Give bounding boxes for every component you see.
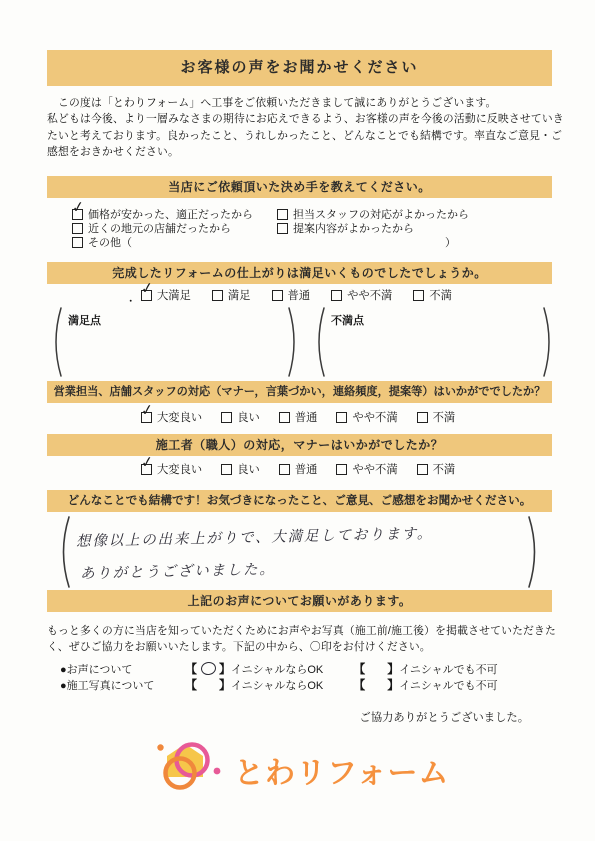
satisfaction-points-box[interactable]: 満足点 — [50, 306, 300, 378]
bracket-right-icon — [541, 306, 555, 378]
closing-thanks: ご協力ありがとうございました。 — [360, 709, 529, 725]
q3-opt-dissatisfied-label: 不満 — [433, 409, 456, 425]
bracket-close: 】 — [219, 676, 231, 693]
bracket-open: 【 — [353, 676, 365, 693]
checkbox-local[interactable] — [72, 223, 83, 234]
q3-opt-good[interactable]: 良い — [221, 409, 260, 425]
circle-mark-icon — [200, 661, 217, 676]
checkbox-price-checked[interactable]: ✓ — [72, 209, 83, 220]
q2-opt-dissatisfied[interactable]: 不満 — [413, 287, 452, 303]
photo-ok-text: イニシャルならOK — [231, 677, 323, 693]
q6-header: 上記のお声についてお願いがあります。 — [188, 594, 412, 608]
q1-header: 当店にご依頼頂いた決め手を教えてください。 — [168, 180, 431, 194]
q4-opt-good[interactable]: 良い — [221, 461, 260, 477]
bracket-left-icon — [56, 514, 72, 590]
q4-header: 施工者（職人）の対応，マナーはいかがでしたか？ — [156, 438, 444, 452]
checkbox-very-satisfied-checked[interactable]: ✓ — [141, 290, 152, 301]
checkbox-normal[interactable] — [272, 290, 283, 301]
bracket-close: 】 — [387, 676, 399, 693]
bracket-open: 【 — [353, 660, 365, 677]
photo-consent-row: ●施工写真について 【 】 イニシャルならOK 【 】 イニシャルでも不可 — [60, 676, 498, 693]
q3-header: 営業担当、店舗スタッフの対応（マナー，言葉づかい，連絡頻度，提案等）はいかがでで… — [54, 386, 546, 398]
bracket-left-icon — [313, 306, 327, 378]
q3-opt-slightly-dissatisfied-label: やや不満 — [352, 409, 397, 425]
satisfaction-points-label: 満足点 — [68, 312, 101, 328]
q2-header-banner: 完成したリフォームの仕上がりは満足いくものでしたでしょうか。 — [47, 262, 552, 284]
bracket-close: 】 — [219, 660, 231, 677]
form-title: お客様の声をお聞かせください — [180, 59, 418, 76]
check-icon: ✓ — [140, 402, 155, 419]
voice-consent-label: ●お声について — [60, 661, 185, 677]
dissatisfaction-points-box[interactable]: 不満点 — [313, 306, 555, 378]
q1-opt-other[interactable]: その他（ — [72, 234, 132, 250]
q3-opt-normal[interactable]: 普通 — [279, 409, 318, 425]
checkbox-slightly-dissatisfied[interactable] — [336, 412, 347, 423]
intro-paragraph: この度は「とわりフォーム」へ工事をご依頼いただきまして誠にありがとうございます。… — [47, 95, 564, 160]
q4-opt-good-label: 良い — [237, 461, 260, 477]
q2-opt-very-satisfied-label: 大満足 — [157, 287, 191, 303]
check-icon: ✓ — [140, 454, 155, 471]
q3-rating-row: ✓ 大変良い 良い 普通 やや不満 不満 — [141, 409, 455, 425]
q4-opt-normal[interactable]: 普通 — [279, 461, 318, 477]
q2-opt-normal[interactable]: 普通 — [272, 287, 311, 303]
checkbox-staff[interactable] — [277, 209, 288, 220]
voice-ng-option[interactable]: 【 】 イニシャルでも不可 — [353, 660, 497, 677]
checkbox-normal[interactable] — [279, 412, 290, 423]
check-icon: ✓ — [140, 280, 155, 297]
photo-ng-option[interactable]: 【 】 イニシャルでも不可 — [353, 676, 497, 693]
q3-header-banner: 営業担当、店舗スタッフの対応（マナー，言葉づかい，連絡頻度，提案等）はいかがでで… — [47, 381, 552, 403]
q3-opt-slightly-dissatisfied[interactable]: やや不満 — [336, 409, 397, 425]
q2-opt-dissatisfied-label: 不満 — [429, 287, 452, 303]
q3-opt-very-good[interactable]: ✓ 大変良い — [141, 409, 202, 425]
q2-opt-satisfied-label: 満足 — [228, 287, 251, 303]
q4-opt-normal-label: 普通 — [295, 461, 318, 477]
bracket-open: 【 — [185, 676, 197, 693]
checkbox-dissatisfied[interactable] — [417, 412, 428, 423]
checkbox-proposal[interactable] — [277, 223, 288, 234]
checkbox-other[interactable] — [72, 237, 83, 248]
voice-ng-text: イニシャルでも不可 — [399, 661, 497, 677]
handwritten-comment-line2: ありがとうございました。 — [80, 558, 276, 583]
q2-header: 完成したリフォームの仕上がりは満足いくものでしたでしょうか。 — [112, 266, 486, 280]
checkbox-good[interactable] — [221, 412, 232, 423]
q3-opt-good-label: 良い — [237, 409, 260, 425]
bracket-close: 】 — [387, 660, 399, 677]
photo-ng-text: イニシャルでも不可 — [399, 677, 497, 693]
checkbox-dissatisfied[interactable] — [417, 464, 428, 475]
q4-opt-very-good-label: 大変良い — [157, 461, 202, 477]
q4-header-banner: 施工者（職人）の対応，マナーはいかがでしたか？ — [47, 434, 552, 456]
stray-pen-mark: ． — [129, 289, 140, 305]
bracket-left-icon — [50, 306, 64, 378]
q2-opt-slightly-dissatisfied[interactable]: やや不満 — [331, 287, 392, 303]
voice-ok-slot[interactable] — [197, 662, 219, 675]
checkbox-normal[interactable] — [279, 464, 290, 475]
voice-consent-row: ●お声について 【 】 イニシャルならOK 【 】 イニシャルでも不可 — [60, 660, 498, 677]
q3-opt-normal-label: 普通 — [295, 409, 318, 425]
bracket-right-icon — [286, 306, 300, 378]
voice-ok-text: イニシャルならOK — [231, 661, 323, 677]
q4-opt-dissatisfied-label: 不満 — [433, 461, 456, 477]
q2-opt-slightly-dissatisfied-label: やや不満 — [347, 287, 392, 303]
company-logo-text: とわリフォーム — [234, 748, 450, 792]
q5-header: どんなことでも結構です！お気づきになったこと、ご意見、ご感想をお聞かせください。 — [68, 494, 532, 507]
logo-mark-icon — [156, 741, 226, 793]
scanned-form-page: お客様の声をお聞かせください この度は「とわりフォーム」へ工事をご依頼いただきま… — [0, 0, 595, 841]
checkbox-satisfied[interactable] — [212, 290, 223, 301]
photo-ok-option[interactable]: 【 】 イニシャルならOK — [185, 676, 323, 693]
q4-opt-very-good[interactable]: ✓ 大変良い — [141, 461, 202, 477]
q2-opt-satisfied[interactable]: 満足 — [212, 287, 251, 303]
q1-other-close-paren: ） — [445, 234, 456, 250]
q1-opt-proposal-label: 提案内容がよかったから — [293, 220, 414, 236]
checkbox-dissatisfied[interactable] — [413, 290, 424, 301]
q4-opt-dissatisfied[interactable]: 不満 — [417, 461, 456, 477]
q1-opt-proposal[interactable]: 提案内容がよかったから — [277, 220, 414, 236]
checkbox-good[interactable] — [221, 464, 232, 475]
q2-opt-very-satisfied[interactable]: ✓ 大満足 — [141, 287, 191, 303]
dissatisfaction-points-label: 不満点 — [331, 312, 364, 328]
checkbox-slightly-dissatisfied[interactable] — [331, 290, 342, 301]
q3-opt-very-good-label: 大変良い — [157, 409, 202, 425]
checkbox-very-good-checked[interactable]: ✓ — [141, 412, 152, 423]
q1-header-banner: 当店にご依頼頂いた決め手を教えてください。 — [47, 176, 552, 198]
q2-opt-normal-label: 普通 — [288, 287, 311, 303]
bracket-open: 【 — [185, 660, 197, 677]
bracket-right-icon — [526, 514, 542, 590]
q6-header-banner: 上記のお声についてお願いがあります。 — [47, 590, 552, 612]
q4-opt-slightly-dissatisfied-label: やや不満 — [352, 461, 397, 477]
q3-opt-dissatisfied[interactable]: 不満 — [417, 409, 456, 425]
company-logo: とわリフォーム — [156, 741, 450, 793]
checkbox-slightly-dissatisfied[interactable] — [336, 464, 347, 475]
q4-opt-slightly-dissatisfied[interactable]: やや不満 — [336, 461, 397, 477]
photo-consent-label: ●施工写真について — [60, 677, 185, 693]
q6-body-paragraph: もっと多くの方に当店を知っていただくためにお声やお写真（施工前/施工後）を掲載さ… — [47, 624, 556, 655]
q4-rating-row: ✓ 大変良い 良い 普通 やや不満 不満 — [141, 461, 455, 477]
check-icon: ✓ — [71, 199, 86, 216]
voice-ok-option[interactable]: 【 】 イニシャルならOK — [185, 660, 323, 677]
checkbox-very-good-checked[interactable]: ✓ — [141, 464, 152, 475]
form-title-banner: お客様の声をお聞かせください — [47, 50, 552, 86]
q5-header-banner: どんなことでも結構です！お気づきになったこと、ご意見、ご感想をお聞かせください。 — [47, 490, 552, 512]
q1-opt-other-label: その他（ — [88, 234, 132, 250]
q2-rating-row: ✓ 大満足 満足 普通 やや不満 不満 — [141, 287, 452, 303]
